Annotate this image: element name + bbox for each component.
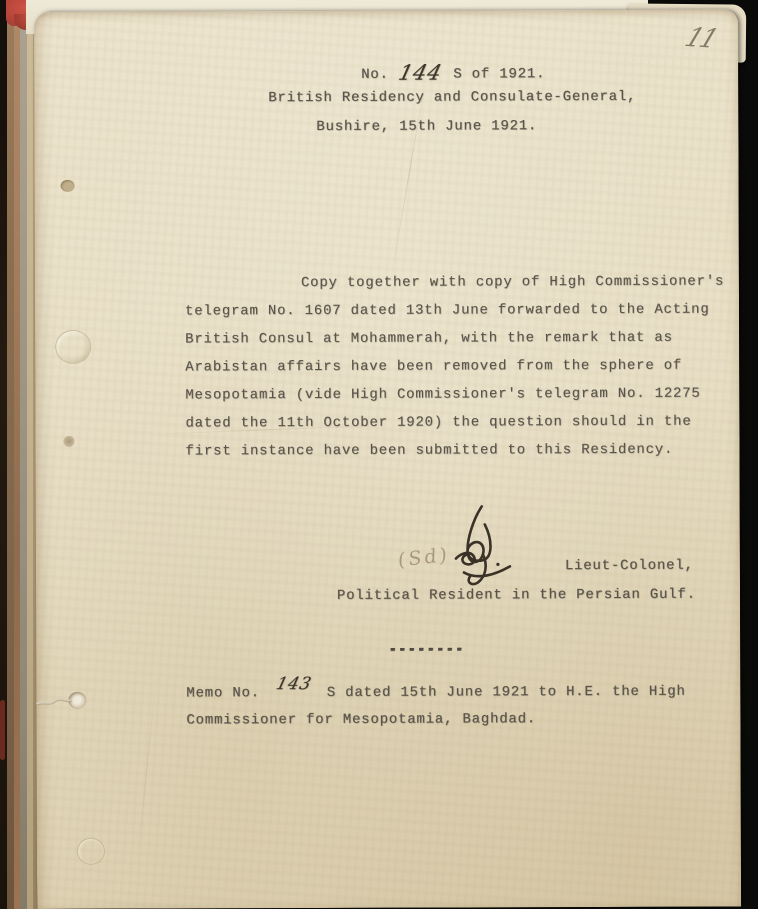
ink-signature-scribble <box>436 502 528 594</box>
doc-no-suffix: S of 1921. <box>453 66 545 82</box>
signature-title: Political Resident in the Persian Gulf. <box>337 587 696 604</box>
memo-note: Memo No.143S dated 15th June 1921 to H.E… <box>186 676 686 736</box>
doc-no-prefix: No. <box>361 67 389 83</box>
document-page: 11 No.144S of 1921. British Residency an… <box>34 10 741 909</box>
document-number-line: No.144S of 1921. <box>361 58 545 83</box>
body-line: telegram No. 1607 dated 13th June forwar… <box>185 296 745 326</box>
body-line: dated the 11th October 1920) the questio… <box>185 408 745 438</box>
paper-crease <box>137 672 157 861</box>
archival-document-scan: 11 No.144S of 1921. British Residency an… <box>0 0 758 909</box>
body-line: British Consul at Mohammerah, with the r… <box>185 324 745 354</box>
typed-dash-divider: -------- <box>388 641 464 658</box>
body-line: Arabistan affairs have been removed from… <box>185 352 745 382</box>
place-date-line: Bushire, 15th June 1921. <box>316 118 537 135</box>
paper-flaw <box>61 180 75 192</box>
office-line: British Residency and Consulate-General, <box>268 89 636 106</box>
handwritten-folio-number: 11 <box>681 23 721 55</box>
loose-thread <box>34 690 78 716</box>
punch-hole <box>68 692 86 709</box>
memo-line-1: Memo No.143S dated 15th June 1921 to H.E… <box>186 676 685 707</box>
embossed-circle-mark <box>77 838 105 865</box>
binding-red-fleck <box>0 700 5 760</box>
memo-line-2: Commissioner for Mesopotamia, Baghdad. <box>186 705 685 736</box>
binding-strip <box>7 0 14 909</box>
handwritten-memo-number: 143 <box>272 670 314 699</box>
body-paragraph: Copy together with copy of High Commissi… <box>185 268 746 466</box>
signature-rank: Lieut-Colonel, <box>565 558 694 574</box>
memo-line1-rest: S dated 15th June 1921 to H.E. the High <box>327 678 686 708</box>
body-line: Mesopotamia (vide High Commissioner's te… <box>185 380 745 410</box>
body-line: Copy together with copy of High Commissi… <box>185 268 745 298</box>
handwritten-doc-number: 144 <box>396 61 444 85</box>
binding-strip <box>0 0 7 909</box>
binding-strip <box>20 0 27 909</box>
paper-crease <box>389 82 426 289</box>
body-line: first instance have been submitted to th… <box>185 436 745 466</box>
paper-flaw <box>63 436 74 447</box>
embossed-circle-mark <box>55 330 91 364</box>
memo-prefix: Memo No. <box>186 679 260 708</box>
